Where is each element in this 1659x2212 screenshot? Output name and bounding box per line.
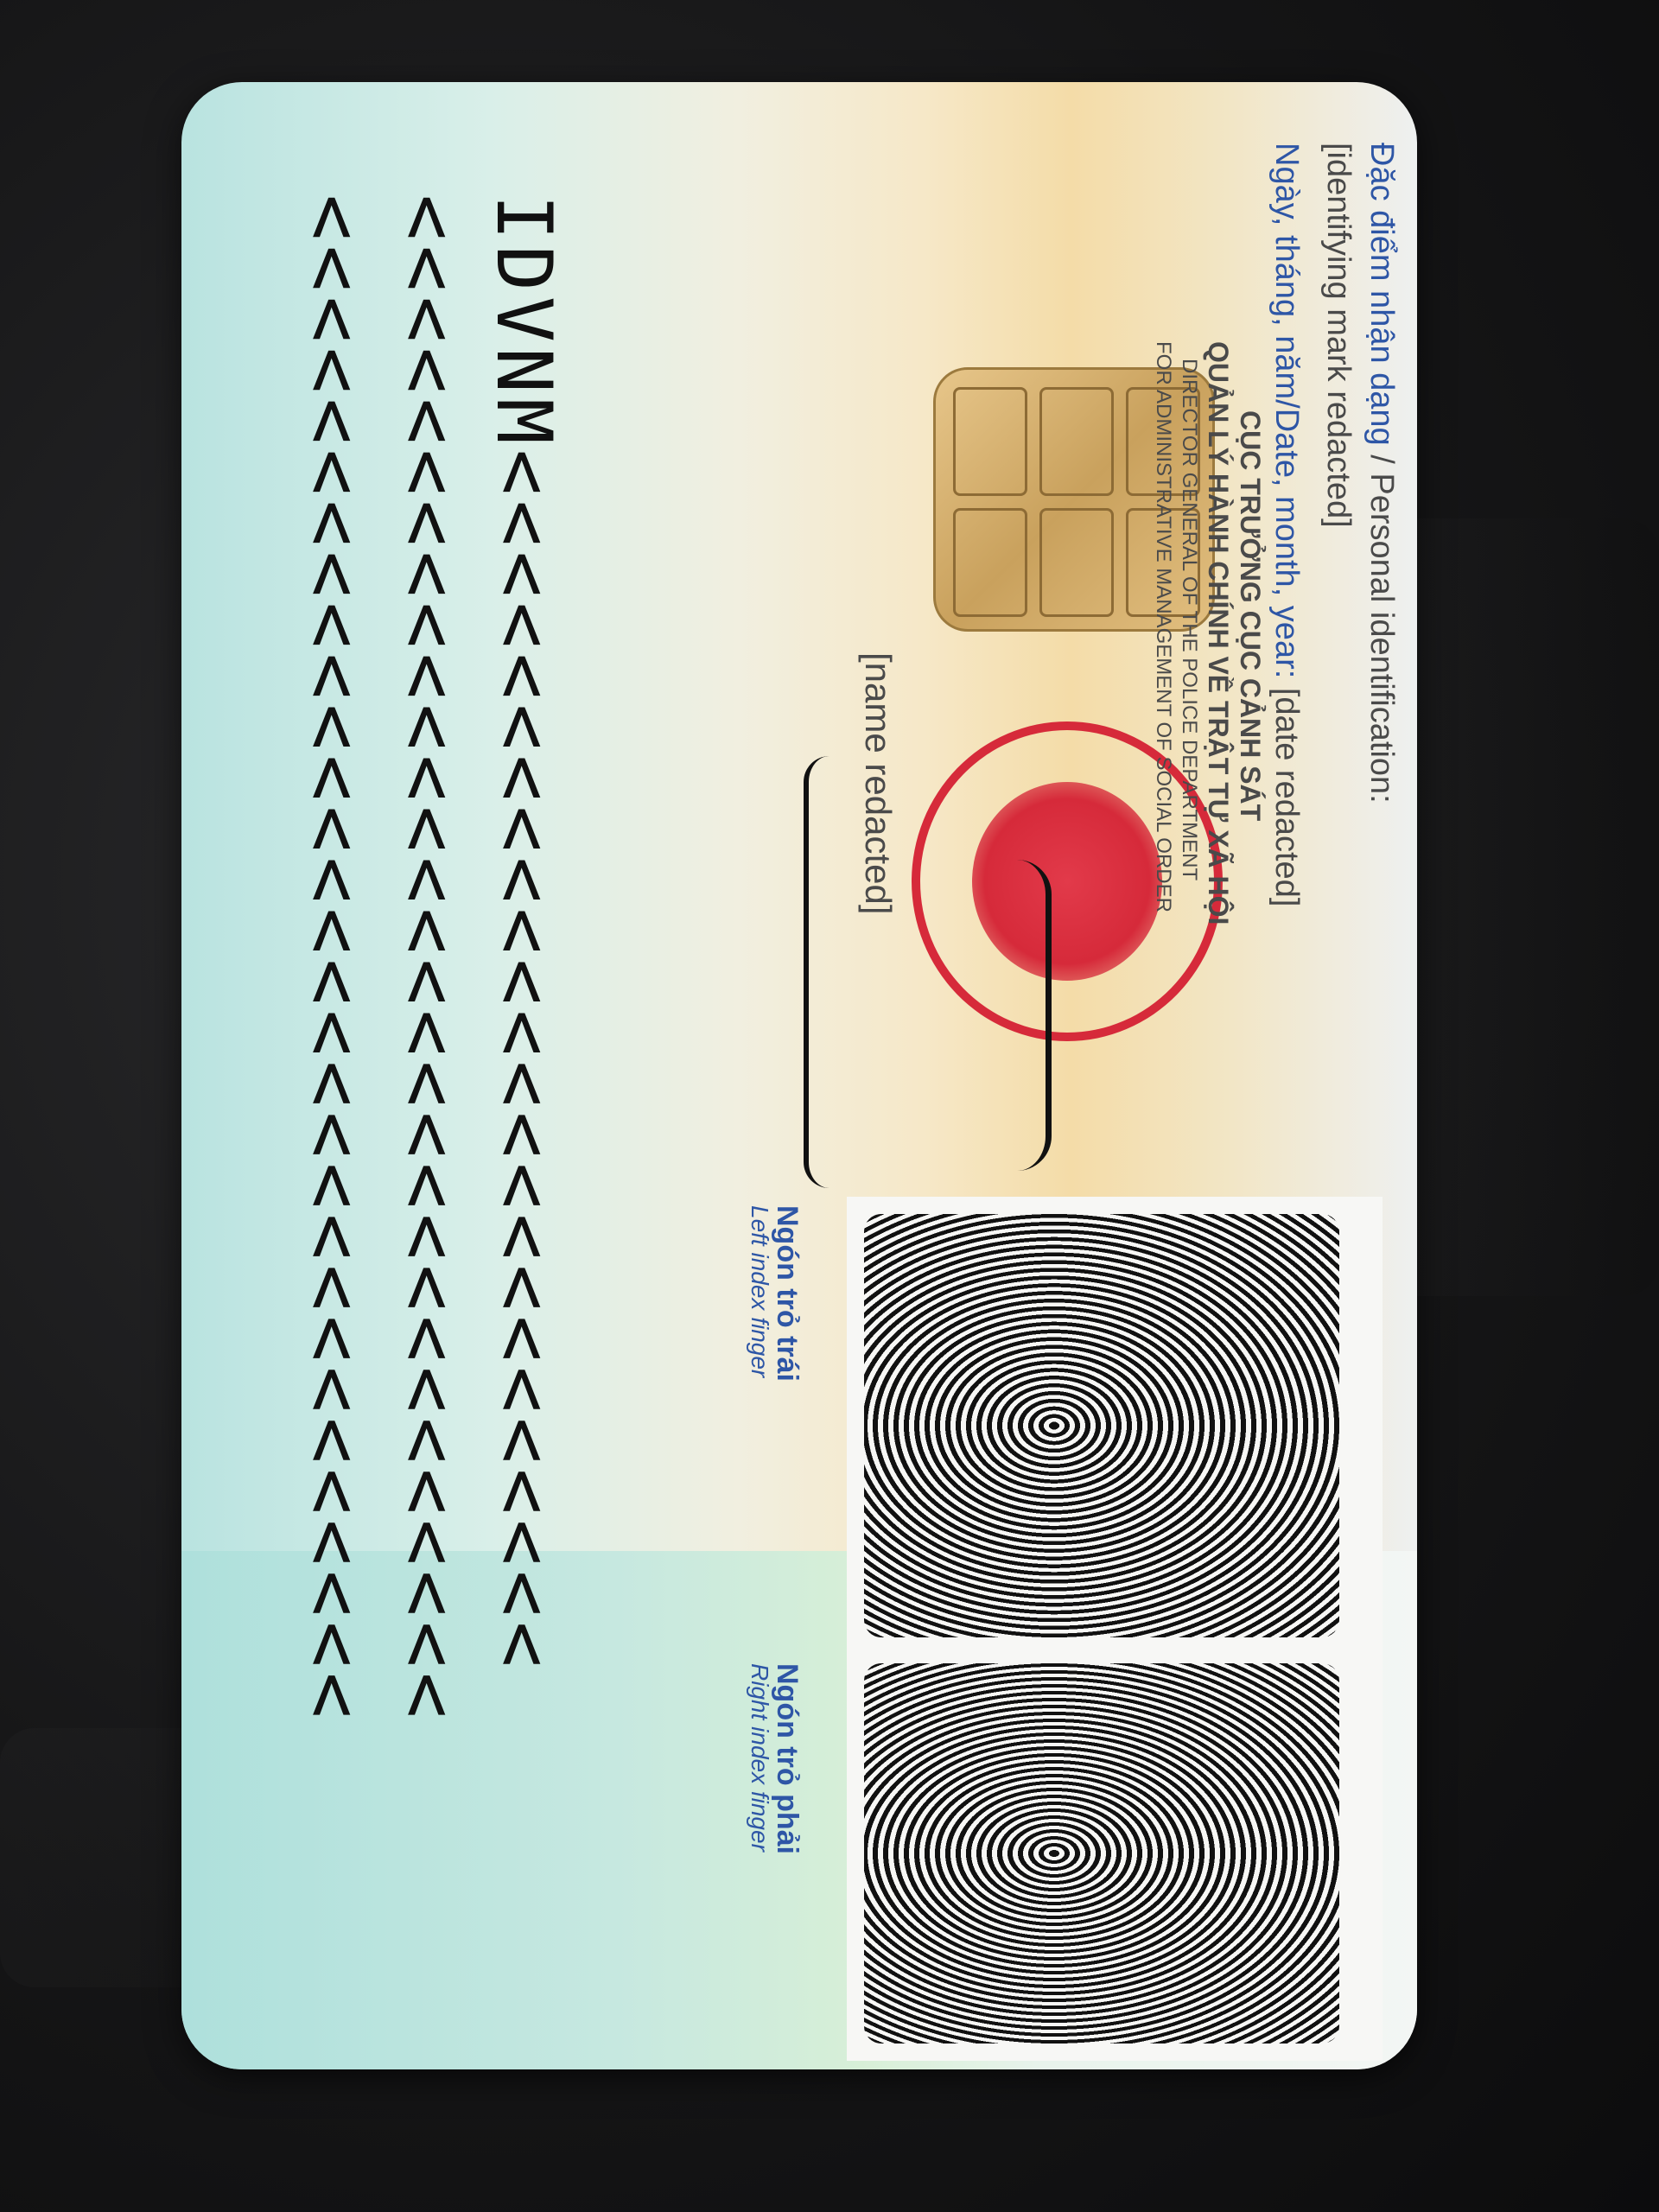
signature-icon <box>942 860 1052 1171</box>
signatory-name: [name redacted] <box>857 652 899 915</box>
leather-crease <box>1382 518 1659 1296</box>
authority-title-vi-2: QUẢN LÝ HÀNH CHÍNH VỀ TRẬT TỰ XÃ HỘI <box>1202 341 1234 925</box>
left-finger-label: Ngón trỏ trái <box>770 1205 804 1382</box>
right-finger-label: Ngón trỏ phải <box>770 1663 804 1854</box>
authority-title-vi-1: CỤC TRƯỞNG CỤC CẢNH SÁT <box>1234 410 1266 821</box>
authority-title-en-2: FOR ADMINISTRATIVE MANAGEMENT OF SOCIAL … <box>1151 341 1175 912</box>
left-index-fingerprint-icon <box>864 1214 1339 1637</box>
personal-identification-value: [identifying mark redacted] <box>1319 143 1357 528</box>
id-card-back: Đặc điểm nhận dạng / Personal identifica… <box>181 82 1417 2069</box>
right-index-fingerprint-icon <box>864 1663 1339 2044</box>
mrz-line-1: IDVNM<<<<<<<<<<<<<<<<<<<<<<<< <box>486 194 562 1672</box>
mrz-line-2: <<<<<<<<<<<<<<<<<<<<<<<<<<<<<< <box>391 194 467 1723</box>
left-finger-label-en: Left index finger <box>746 1205 773 1377</box>
authority-title-en-1: DIRECTOR GENERAL OF THE POLICE DEPARTMEN… <box>1177 359 1201 880</box>
personal-identification-label: Đặc điểm nhận dạng / Personal identifica… <box>1363 143 1400 804</box>
issue-date: Ngày, tháng, năm/Date, month, year: [dat… <box>1268 143 1305 906</box>
mrz-line-3: <<<<<<<<<<<<<<<<<<<<<<<<<<<<<< <box>296 194 372 1723</box>
right-finger-label-en: Right index finger <box>746 1663 773 1852</box>
